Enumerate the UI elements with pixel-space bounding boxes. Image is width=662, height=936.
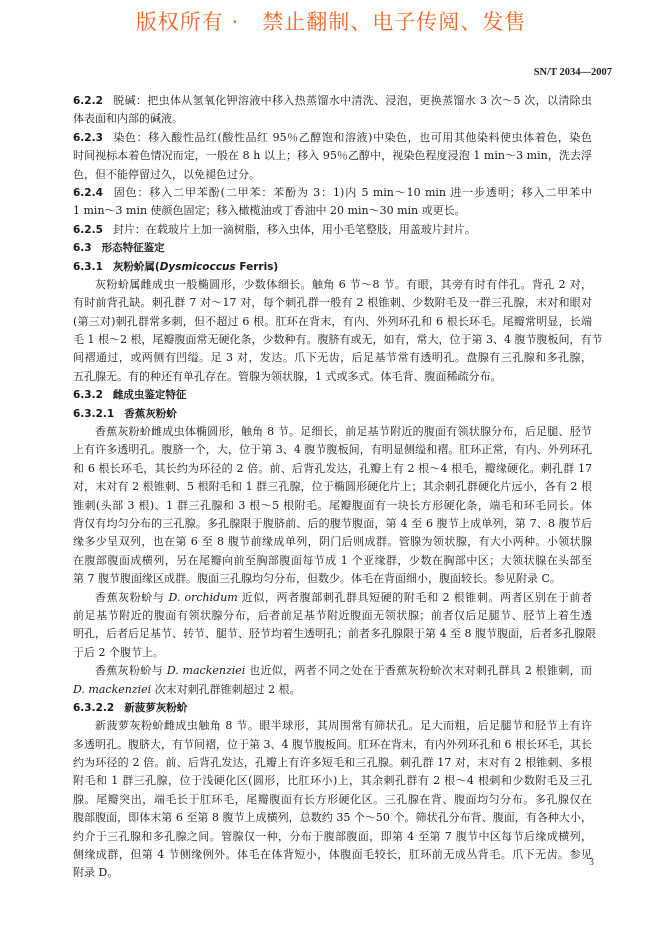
body-text: 色，但不能停留过久，以免褪色过分。	[73, 168, 260, 181]
body-text: 腺。尾瓣突出，端毛长于肛环毛，尾瓣腹面有长方形硬化区。三孔腺在背、腹面均匀分布。…	[73, 793, 592, 806]
text-line: 腹部腹面，即体末第 6 至第 8 腹节上成横列，总数约 35 个～50 个。筛状…	[73, 809, 592, 827]
text-line: 香蕉灰粉蚧与 D. mackenziei 也近似，两者不同之处在于香蕉灰粉蚧次末…	[73, 662, 592, 680]
heading-text: 香蕉灰粉蚧	[124, 408, 177, 420]
species-name: D. orchidum	[169, 591, 238, 604]
text-line: 锥刺(头部 3 根)、1 群三孔腺和 3 根～5 根附毛。尾瓣腹面有一块长方形硬…	[73, 497, 592, 515]
body-text: (第三对)刺孔群常多刺，但不超过 6 根。肛环在背末，有内、外列环孔和 6 根长…	[73, 315, 592, 328]
text-line: 灰粉蚧属雌成虫一般椭圆形，少数体细长。触角 6 节～8 节。有眼，其旁有时有伴孔…	[73, 276, 592, 294]
document-body: 6.2.2脱碱：把虫体从氢氧化钾溶液中移入热蒸馏水中清洗、浸泡，更换蒸馏水 3 …	[73, 92, 592, 883]
text-line: 6.2.4固色：移入二甲苯酚(二甲苯：苯酚为 3：1)内 5 min～10 mi…	[73, 184, 592, 202]
text-line: 香蕉灰粉蚧与 D. orchidum 近似，两者腹部刺孔群具短硬的附毛和 2 根…	[73, 589, 592, 607]
body-text: 上有许多透明孔。腹脐一个，大，位于第 3、4 腹节腹板间，有明显侧缢和褶。肛环正…	[73, 443, 592, 456]
section-number: 6.3.2.2	[73, 702, 114, 714]
page-number: 3	[0, 857, 594, 868]
text-line: 于后 2 个腹节上。	[73, 644, 592, 662]
text-line: 色，但不能停留过久，以免褪色过分。	[73, 166, 592, 184]
text-line: 6.2.5封片：在载玻片上加一滴树脂，移入虫体，用小毛笔整肢，用盖玻片封片。	[73, 221, 592, 239]
species-name: D. mackenziei	[73, 683, 151, 696]
body-text: 香蕉灰粉蚧雌成虫体椭圆形，触角 8 节。足细长，前足基节附近的腹面有领状腺分布，…	[95, 425, 592, 438]
section-heading: 6.3形态特征鉴定	[73, 239, 592, 257]
text-line: 上有许多透明孔。腹脐一个，大，位于第 3、4 腹节腹板间，有明显侧缢和褶。肛环正…	[73, 441, 592, 459]
heading-italic-text: Dysmicoccus	[160, 261, 236, 273]
body-text: 香蕉灰粉蚧与	[95, 591, 169, 604]
body-text: 染色：移入酸性品红(酸性品红 95％乙醇饱和溶液)中染色，也可用其他染料使虫体着…	[113, 131, 592, 144]
section-number: 6.2.5	[73, 224, 103, 236]
body-text: 和 6 根长环毛，其长约为环径的 2 倍。前、后背孔发达，孔瓣上有 2 根～4 …	[73, 462, 592, 475]
text-line: 多透明孔。腹脐大，有节间褶，位于第 3、4 腹节腹板间。肛环在背末，有内外列环孔…	[73, 736, 592, 754]
body-text: 灰粉蚧属雌成虫一般椭圆形，少数体细长。触角 6 节～8 节。有眼，其旁有时有伴孔…	[95, 278, 592, 291]
text-line: 有时前背孔缺。刺孔群 7 对～17 对，每个刺孔群一般有 2 根锥刺、少数附毛及…	[73, 294, 592, 312]
text-line: 6.2.2脱碱：把虫体从氢氧化钾溶液中移入热蒸馏水中清洗、浸泡，更换蒸馏水 3 …	[73, 92, 592, 110]
body-text: 附毛和 1 群三孔腺，位于浅硬化区(圆形，比肛环小)上，其余刺孔群有 2 根～4…	[73, 774, 592, 787]
body-text: 有时前背孔缺。刺孔群 7 对～17 对，每个刺孔群一般有 2 根锥刺、少数附毛及…	[73, 296, 592, 309]
body-text: 第 7 腹节腹面缘区成群。腹面三孔腺均匀分布，但数少。体毛在背面细小，腹面较长。…	[73, 572, 561, 585]
body-text: 固色：移入二甲苯酚(二甲苯：苯酚为 3：1)内 5 min～10 min 进一步…	[113, 186, 592, 199]
text-line: 体表面和内部的碱液。	[73, 110, 592, 128]
text-line: 1 min～3 min 使颜色固定；移入橄榄油或丁香油中 20 min～30 m…	[73, 202, 592, 220]
body-text: 约介于三孔腺和多孔腺之间。管腺仅一种，分布于腹部腹面，即第 4 至第 7 腹节中…	[73, 830, 592, 843]
standard-code: SN/T 2034—2007	[0, 67, 612, 78]
body-text: 次末对刺孔群锥刺超过 2 根。	[151, 683, 301, 696]
text-line: 时间视标本着色情况而定，一般在 8 h 以上；移入 95％乙醇中，视染色程度浸泡…	[73, 147, 592, 165]
section-number: 6.2.4	[73, 187, 103, 199]
body-text: 五孔腺无。有的种还有单孔存在。管腺为领状腺，1 式或多式。体毛背、腹面稀疏分布。	[73, 370, 502, 383]
section-heading: 6.3.1灰粉蚧属(Dysmicoccus Ferris)	[73, 258, 592, 276]
text-line: 背仅有均匀分布的三孔腺。多孔腺限于腹脐前、后的腹节腹面，第 4 至 6 腹节上成…	[73, 515, 592, 533]
body-text: 前足基节附近的腹面有领状腺分布，后者前足基节附近腹面无领状腺；前者仅后足腿节、胫…	[73, 609, 592, 622]
text-line: 在腹部腹面成横列，另在尾瓣向前至胸部腹面每节成 1 个亚缘群，少数在胸部中区；大…	[73, 552, 592, 570]
section-number: 6.3.2	[73, 389, 103, 401]
body-text: 缘多少呈双列，也在第 6 至 8 腹节前缘成单列，阴门后则成群。管腺为领状腺，有…	[73, 535, 592, 548]
section-number: 6.3.1	[73, 261, 103, 273]
heading-text: 灰粉蚧属(	[113, 261, 160, 273]
body-text: 腹部腹面，即体末第 6 至第 8 腹节上成横列，总数约 35 个～50 个。筛状…	[73, 811, 592, 824]
heading-text: 形态特征鉴定	[102, 242, 165, 254]
body-text: 锥刺(头部 3 根)、1 群三孔腺和 3 根～5 根附毛。尾瓣腹面有一块长方形硬…	[73, 499, 592, 512]
text-line: D. mackenziei 次末对刺孔群锥刺超过 2 根。	[73, 681, 592, 699]
text-line: 附毛和 1 群三孔腺，位于浅硬化区(圆形，比肛环小)上，其余刺孔群有 2 根～4…	[73, 772, 592, 790]
text-line: 五孔腺无。有的种还有单孔存在。管腺为领状腺，1 式或多式。体毛背、腹面稀疏分布。	[73, 368, 592, 386]
body-text: 毛 1 根～2 根，尾瓣腹面常无硬化条，少数种有。腹脐有或无，如有，常大，位于第…	[73, 333, 602, 346]
body-text: 对，末对有 2 根锥刺、5 根附毛和 1 群三孔腺，位于椭圆形硬化片上；其余刺孔…	[73, 480, 592, 493]
body-text: 香蕉灰粉蚧与	[95, 664, 167, 677]
body-text: 1 min～3 min 使颜色固定；移入橄榄油或丁香油中 20 min～30 m…	[73, 204, 466, 217]
text-line: 毛 1 根～2 根，尾瓣腹面常无硬化条，少数种有。腹脐有或无，如有，常大，位于第…	[73, 331, 592, 349]
heading-text: Ferris)	[236, 261, 279, 273]
text-line: 腺。尾瓣突出，端毛长于肛环毛，尾瓣腹面有长方形硬化区。三孔腺在背、腹面均匀分布。…	[73, 791, 592, 809]
heading-text: 雌成虫鉴定特征	[113, 389, 187, 401]
body-text: 也近似，两者不同之处在于香蕉灰粉蚧次末对刺孔群具 2 根锥刺，而	[245, 664, 592, 677]
body-text: 背仅有均匀分布的三孔腺。多孔腺限于腹脐前、后的腹节腹面，第 4 至 6 腹节上成…	[73, 517, 592, 530]
text-line: 明孔，后者后足基节、转节、腿节、胫节均着生透明孔；前者多孔腺限于第 4 至 8 …	[73, 625, 592, 643]
section-number: 6.3	[73, 242, 92, 254]
body-text: 封片：在载玻片上加一滴树脂，移入虫体，用小毛笔整肢，用盖玻片封片。	[113, 223, 476, 236]
text-line: 约介于三孔腺和多孔腺之间。管腺仅一种，分布于腹部腹面，即第 4 至第 7 腹节中…	[73, 828, 592, 846]
section-number: 6.2.3	[73, 132, 103, 144]
body-text: 在腹部腹面成横列，另在尾瓣向前至胸部腹面每节成 1 个亚缘群，少数在胸部中区；大…	[73, 554, 592, 567]
text-line: 和 6 根长环毛，其长约为环径的 2 倍。前、后背孔发达，孔瓣上有 2 根～4 …	[73, 460, 592, 478]
text-line: 对，末对有 2 根锥刺、5 根附毛和 1 群三孔腺，位于椭圆形硬化片上；其余刺孔…	[73, 478, 592, 496]
body-text: 约为环径的 2 倍。前、后背孔发达，孔瓣上有许多短毛和三孔腺。刺孔群 17 对，…	[73, 756, 592, 769]
body-text: 于后 2 个腹节上。	[73, 646, 164, 659]
body-text: 脱碱：把虫体从氢氧化钾溶液中移入热蒸馏水中清洗、浸泡，更换蒸馏水 3 次～5 次…	[113, 94, 592, 107]
text-line: 6.2.3染色：移入酸性品红(酸性品红 95％乙醇饱和溶液)中染色，也可用其他染…	[73, 129, 592, 147]
section-heading: 6.3.2.1香蕉灰粉蚧	[73, 405, 592, 423]
text-line: 间褶通过，或两侧有凹缢。足 3 对，发达。爪下无齿，后足基节常有透明孔。盘腺有三…	[73, 349, 592, 367]
body-text: 间褶通过，或两侧有凹缢。足 3 对，发达。爪下无齿，后足基节常有透明孔。盘腺有三…	[73, 351, 592, 364]
body-text: 时间视标本着色情况而定，一般在 8 h 以上；移入 95％乙醇中，视染色程度浸泡…	[73, 149, 592, 162]
text-line: (第三对)刺孔群常多刺，但不超过 6 根。肛环在背末，有内、外列环孔和 6 根长…	[73, 313, 592, 331]
text-line: 前足基节附近的腹面有领状腺分布，后者前足基节附近腹面无领状腺；前者仅后足腿节、胫…	[73, 607, 592, 625]
section-heading: 6.3.2雌成虫鉴定特征	[73, 386, 592, 404]
heading-text: 新菠萝灰粉蚧	[124, 702, 187, 714]
body-text: 明孔，后者后足基节、转节、腿节、胫节均着生透明孔；前者多孔腺限于第 4 至 8 …	[73, 627, 596, 640]
section-number: 6.2.2	[73, 95, 103, 107]
body-text: 新菠萝灰粉蚧雌成虫触角 8 节。眼半球形，其周围常有筛状孔。足大而粗，后足腿节和…	[95, 719, 592, 732]
text-line: 缘多少呈双列，也在第 6 至 8 腹节前缘成单列，阴门后则成群。管腺为领状腺，有…	[73, 533, 592, 551]
section-number: 6.3.2.1	[73, 408, 114, 420]
text-line: 约为环径的 2 倍。前、后背孔发达，孔瓣上有许多短毛和三孔腺。刺孔群 17 对，…	[73, 754, 592, 772]
section-heading: 6.3.2.2新菠萝灰粉蚧	[73, 699, 592, 717]
species-name: D. mackenziei	[167, 664, 246, 677]
body-text: 多透明孔。腹脐大，有节间褶，位于第 3、4 腹节腹板间。肛环在背末，有内外列环孔…	[73, 738, 592, 751]
copyright-watermark: 版权所有 · 禁止翻制、电子传阅、发售	[0, 6, 662, 36]
text-line: 香蕉灰粉蚧雌成虫体椭圆形，触角 8 节。足细长，前足基节附近的腹面有领状腺分布，…	[73, 423, 592, 441]
text-line: 新菠萝灰粉蚧雌成虫触角 8 节。眼半球形，其周围常有筛状孔。足大而粗，后足腿节和…	[73, 717, 592, 735]
body-text: 近似，两者腹部刺孔群具短硬的附毛和 2 根锥刺。两者区别在于前者	[238, 591, 592, 604]
text-line: 第 7 腹节腹面缘区成群。腹面三孔腺均匀分布，但数少。体毛在背面细小，腹面较长。…	[73, 570, 592, 588]
body-text: 附录 D。	[73, 866, 118, 879]
body-text: 体表面和内部的碱液。	[73, 112, 183, 125]
